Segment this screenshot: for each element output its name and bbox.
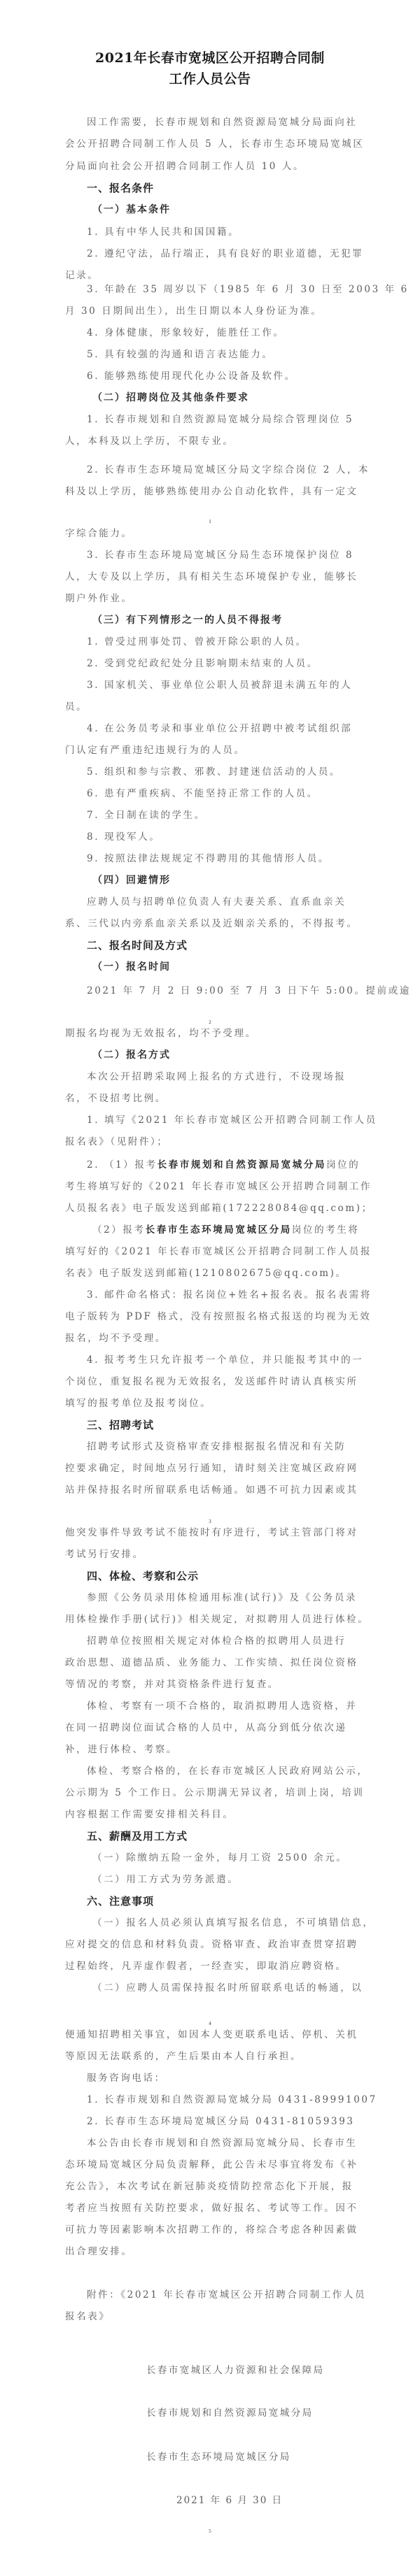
page-number: 1 xyxy=(0,519,420,524)
body-line: 4. 报考考生只允许报考一个单位，并只能报考其中的一 xyxy=(87,1353,360,1367)
body-line: 态环境局宽城区分局负责解释，此公告未尽事宜将发布《补 xyxy=(65,2158,359,2172)
body-line: 门认定有严重违纪违规行为的人员。 xyxy=(65,743,359,757)
body-line: 8. 现役军人。 xyxy=(87,830,360,844)
body-line: 3. 邮件命名格式：报名岗位+姓名+报名表。报名表需将 xyxy=(87,1288,360,1302)
body-line: 可抗力等因素影响本次招聘工作的，将综合考虑各种因素做 xyxy=(65,2223,359,2237)
section-heading: 四、体检、考察和公示 xyxy=(87,1569,360,1583)
body-line: 2. 长春市生态环境局宽城区分局文字综合岗位 2 人，本 xyxy=(87,463,360,477)
body-line: 5. 组织和参与宗教、邪教、封建迷信活动的人员。 xyxy=(87,765,360,779)
body-line: 政治思想、道德品质、业务能力、工作实绩、拟任岗位资格 xyxy=(65,1656,359,1670)
body-line: 字综合能力。 xyxy=(65,527,359,541)
body-line: （2）报考长春市生态环境局宽城区分局岗位的考生将 xyxy=(92,1223,386,1237)
text-run: 岗位的考生将 xyxy=(292,1224,360,1236)
body-line: 1. 曾受过刑事处罚、曾被开除公职的人员。 xyxy=(87,635,360,649)
subsection-heading: （二）招聘岗位及其他条件要求 xyxy=(92,391,386,405)
body-line: 电子版转为 PDF 格式，没有按照报名格式报送的均视为无效 xyxy=(65,1310,359,1324)
document-title-line1: 2021年长春市宽城区公开招聘合同制 xyxy=(0,48,420,66)
section-heading: 二、报名时间及方式 xyxy=(87,938,360,952)
email-line: 人员报名表》电子版发送到邮箱(172228084@qq.com)； xyxy=(65,1201,359,1215)
body-line: 报名表》（见附件）； xyxy=(65,1135,359,1149)
page-number: 5 xyxy=(0,2528,420,2534)
contact-phone: 2. 长春市生态环境局宽城区分局 0431-81059393 xyxy=(87,2115,360,2128)
body-line: 控要求确定，时间地点另行通知，请时刻关注宽城区政府网 xyxy=(65,1461,359,1475)
body-line: 填写好的《2021 年长春市宽城区公开招聘合同制工作人员报 xyxy=(65,1245,359,1259)
contact-phone: 1. 长春市规划和自然资源局宽城分局 0431-89991007 xyxy=(87,2093,360,2107)
body-line: 人，大专及以上学历，具有相关生态环境保护专业，能够长 xyxy=(65,570,359,584)
body-line: 便通知招聘相关事宜，如因本人变更联系电话、停机、关机 xyxy=(65,2028,359,2042)
body-line: 期报名均视为无效报名，均不予受理。 xyxy=(65,1026,359,1040)
body-line: 本次公开招聘采取网上报名的方式进行，不设现场报 xyxy=(87,1070,360,1084)
body-line: 5. 具有较强的沟通和语言表达能力。 xyxy=(87,348,360,362)
body-line: 体检、考察合格的，在长春市宽城区人民政府网站公示， xyxy=(87,1764,360,1778)
body-line: 充公告》，本次考试在新冠肺炎疫情防控常态化下开展，报 xyxy=(65,2180,359,2194)
body-line: 他突发事件导致考试不能按时有序进行，考试主管部门将对 xyxy=(65,1526,359,1540)
body-line: 公示期为 5 个工作日。公示期满无异议者，培训上岗，培训 xyxy=(65,1786,359,1800)
subsection-heading: （一）报名时间 xyxy=(92,960,386,974)
body-line: 人，本科及以上学历，不限专业。 xyxy=(65,434,359,448)
bold-org-name: 长春市规划和自然资源局宽城分局 xyxy=(157,1159,327,1171)
body-line: 9. 按照法律法规规定不得聘用的其他情形人员。 xyxy=(87,852,360,866)
attachment-line: 附件：《2021 年长春市宽城区公开招聘合同制工作人员 xyxy=(87,2288,360,2302)
body-line: 1. 长春市规划和自然资源局宽城分局综合管理岗位 5 xyxy=(87,413,360,427)
body-line: 3. 国家机关、事业单位公职人员被辞退未满五年的人 xyxy=(87,678,360,692)
signature-org: 长春市规划和自然资源局宽城分局 xyxy=(146,2406,420,2420)
body-line: 2. （1）报考长春市规划和自然资源局宽城分局岗位的 xyxy=(87,1158,360,1172)
contact-label: 服务咨询电话： xyxy=(87,2071,360,2085)
body-line: 考试另行安排。 xyxy=(65,1547,359,1561)
body-line: 期户外作业。 xyxy=(65,592,359,606)
section-heading: 一、报名条件 xyxy=(87,181,360,195)
body-line: 个岗位，重复报名视为无效报名，发送邮件时请认真核实所 xyxy=(65,1375,359,1389)
body-line: 2. 受到党纪政纪处分且影响期未结束的人员。 xyxy=(87,657,360,671)
body-line: 站并保持报名时所留联系电话畅通。如遇不可抗力因素或其 xyxy=(65,1483,359,1497)
body-line: （一）除缴纳五险一金外，每月工资 2500 余元。 xyxy=(92,1851,386,1865)
body-line: 3. 长春市生态环境局宽城区分局生态环境保护岗位 8 xyxy=(87,548,360,562)
text-run: 岗位的 xyxy=(326,1159,360,1171)
subsection-heading: （一）基本条件 xyxy=(92,203,386,217)
body-line: 招聘单位按照相关规定对体检合格的拟聘用人员进行 xyxy=(87,1634,360,1648)
body-line: 科及以上学历，能够熟练使用办公自动化软件，具有一定文 xyxy=(65,485,359,499)
body-line: 2. 遵纪守法，品行端正，具有良好的职业道德，无犯罪 xyxy=(87,247,360,261)
body-line: 考生将填写好的《2021 年长春市宽城区公开招聘合同制工作 xyxy=(65,1180,359,1194)
body-line: 出合理安排。 xyxy=(65,2245,359,2259)
document-title-line2: 工作人员公告 xyxy=(0,69,420,87)
body-line: 员。 xyxy=(65,700,359,714)
body-line: 考者应当按照有关防控要求，做好报名、考试等工作。因不 xyxy=(65,2201,359,2215)
body-line: 报名，均不予受理。 xyxy=(65,1331,359,1345)
signature-date: 2021 年 6 月 30 日 xyxy=(176,2493,420,2507)
body-line: （一）报名人员必须认真填写报名信息，不可填错信息， xyxy=(92,1916,386,1930)
subsection-heading: （四）回避情形 xyxy=(92,873,386,887)
body-line: 用体检操作手册(试行)》相关规定，对拟聘用人员进行体检。 xyxy=(65,1612,359,1626)
body-line: 在同一招聘岗位面试合格的人员中，从高分到低分依次递 xyxy=(65,1721,359,1735)
body-line: 1. 具有中华人民共和国国籍。 xyxy=(87,225,360,239)
body-line: 应聘人员与招聘单位负责人有夫妻关系、直系血亲关 xyxy=(87,895,360,909)
text-run: 2. （1）报考 xyxy=(87,1159,157,1171)
body-line: 补，进行体检、考察。 xyxy=(65,1743,359,1756)
body-line: 3. 年龄在 35 周岁以下（1985 年 6 月 30 日至 2003 年 6 xyxy=(87,282,360,296)
bold-org-name: 长春市生态环境局宽城区分局 xyxy=(146,1224,292,1236)
body-line: 体检、考察有一项不合格的，取消拟聘用人选资格，并 xyxy=(87,1699,360,1713)
body-line: 内容根据工作需要安排相关科目。 xyxy=(65,1808,359,1822)
body-line: （二）用工方式为劳务派遣。 xyxy=(92,1873,386,1887)
body-line: 4. 在公务员考录和事业单位公开招聘中被考试组织部 xyxy=(87,722,360,736)
intro-line: 会公开招聘合同制工作人员 5 人，长春市生态环境局宽城区 xyxy=(65,137,359,151)
body-line: 应对提交的信息和材料负责。资格审查、政治审查贯穿招聘 xyxy=(65,1938,359,1952)
body-line: 6. 患有严重疾病、不能坚持正常工作的人员。 xyxy=(87,787,360,801)
body-line: （二）应聘人员需保持报名时所留联系电话的畅通，以 xyxy=(92,1981,386,1995)
body-line: 名，不设招考比例。 xyxy=(65,1092,359,1105)
section-heading: 六、注意事项 xyxy=(87,1894,360,1908)
attachment-line: 报名表》 xyxy=(65,2310,359,2324)
subsection-heading: （二）报名方式 xyxy=(92,1048,386,1062)
intro-line: 分局面向社会公开招聘合同制工作人员 10 人。 xyxy=(65,159,359,173)
body-line: 等情况的考察，并对其资格条件进行复查。 xyxy=(65,1677,359,1691)
body-line: 记录。 xyxy=(65,269,359,282)
body-line: 过程始终，凡弄虚作假者，一经查实，即取消应聘资格。 xyxy=(65,1959,359,1973)
email-line: 名表》电子版发送到邮箱(1210802675@qq.com)。 xyxy=(65,1266,359,1280)
body-line: 6. 能够熟练使用现代化办公设备及软件。 xyxy=(87,369,360,383)
intro-line: 因工作需要，长春市规划和自然资源局宽城分局面向社 xyxy=(87,115,360,129)
page-number: 2 xyxy=(0,1019,420,1025)
page-number: 3 xyxy=(0,1519,420,1524)
page-number: 4 xyxy=(0,2021,420,2026)
text-run: （2）报考 xyxy=(92,1224,146,1236)
body-line: 1. 填写《2021 年长春市宽城区公开招聘合同制工作人员 xyxy=(87,1113,360,1127)
body-line: 月 30 日期间出生），出生日期以本人身份证为准。 xyxy=(65,304,359,318)
body-line: 4. 身体健康，形象较好，能胜任工作。 xyxy=(87,326,360,340)
signature-org: 长春市宽城区人力资源和社会保障局 xyxy=(146,2363,420,2377)
body-line: 7. 全日制在读的学生。 xyxy=(87,808,360,822)
body-line: 参照《公务员录用体检通用标准(试行)》及《公务员录 xyxy=(87,1591,360,1605)
body-line: 2021 年 7 月 2 日 9:00 至 7 月 3 日下午 5:00。提前或… xyxy=(87,984,360,998)
section-heading: 三、招聘考试 xyxy=(87,1418,360,1432)
body-line: 填写的报考单位及报考岗位。 xyxy=(65,1396,359,1410)
body-line: 等原因无法联系的，产生后果由本人自行承担。 xyxy=(65,2049,359,2063)
body-line: 本公告由长春市规划和自然资源局宽城分局、长春市生 xyxy=(87,2136,360,2150)
body-line: 招聘考试形式及资格审查安排根据报名情况和有关防 xyxy=(87,1440,360,1454)
signature-org: 长春市生态环境局宽城区分局 xyxy=(146,2450,420,2464)
body-line: 系、三代以内旁系血亲关系以及近姻亲关系的，不得报考。 xyxy=(65,917,359,931)
subsection-heading: （三）有下列情形之一的人员不得报考 xyxy=(92,613,386,627)
section-heading: 五、薪酬及用工方式 xyxy=(87,1829,360,1843)
